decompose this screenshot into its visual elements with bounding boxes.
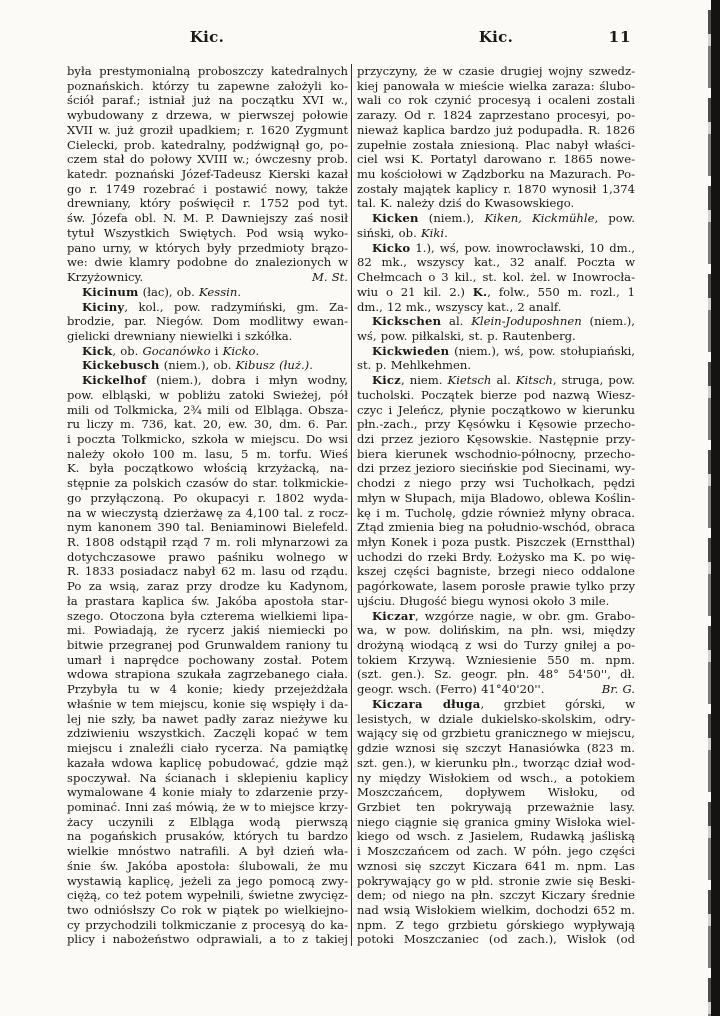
text-line: dzi przez jezioro siecińskie pod Siecina… bbox=[357, 461, 635, 476]
text-line: ciel wsi K. Portatyl darowano r. 1865 no… bbox=[357, 152, 635, 167]
line-text: Krzyżownicy. bbox=[67, 270, 143, 285]
text-line: pow. elbląski, w pobliżu zatoki Swieżej,… bbox=[67, 388, 348, 403]
text-line: św. Józefa obl. N. M. P. Dawniejszy zaś … bbox=[67, 211, 348, 226]
text-line: Kicken (niem.), Kiken, Kickmühle, pow. o… bbox=[357, 211, 635, 226]
running-title-right: Kic. bbox=[436, 28, 556, 46]
scan-edge-border bbox=[711, 0, 720, 1016]
text-line: uchodzi do rzeki Brdy. Łożysko ma K. po … bbox=[357, 550, 635, 565]
text-line: 82 mk., wszyscy kat., 32 analf. Poczta w bbox=[357, 255, 635, 270]
text-line: Chełmcach o 3 kil., st. kol. żel. w Inow… bbox=[357, 270, 635, 285]
text-line: wś, pow. piłkalski, st. p. Rautenberg. bbox=[357, 329, 635, 344]
text-line: bitwie przegranej pod Grunwaldem raniony… bbox=[67, 638, 348, 653]
text-line: mi. Powiadają, że rycerz jakiś niemiecki… bbox=[67, 623, 348, 638]
text-line: spoczywał. Na ścianach i sklepieniu kapl… bbox=[67, 771, 348, 786]
text-line: czem stał do połowy XVIII w.; ówczesny p… bbox=[67, 152, 348, 167]
text-line: żacy uczynili z Elbląga wodą pierwszą wy… bbox=[67, 815, 348, 830]
text-line: XVII w. już groził upadkiem; r. 1620 Zyg… bbox=[67, 123, 348, 138]
text-line: dzi przez jezioro Kęsowskie. Następnie p… bbox=[357, 432, 635, 447]
text-line: była prestymonialną proboszczy katedraln… bbox=[67, 64, 348, 79]
text-line: dem; od niego na płn. szczyt Kiczary śre… bbox=[357, 888, 635, 903]
text-line: potoki Moszczaniec (od zach.), Wisłok (o… bbox=[357, 932, 635, 947]
text-line: pagórkowate, lasem porosłe prawie tylko … bbox=[357, 579, 635, 594]
text-line: zarazy. Od r. 1824 zaprzestano procesyi,… bbox=[357, 108, 635, 123]
text-line: ru liczy m. 736, kat. 20, ew. 30, dm. 6.… bbox=[67, 417, 348, 432]
text-line: niego ciągnie się granica gminy Wisłoka … bbox=[357, 815, 635, 830]
text-line: R. 1833 posiadacz nabył 62 m. lasu od rz… bbox=[67, 564, 348, 579]
scanned-page: Kic. Kic. 11 była prestymonialną probosz… bbox=[0, 0, 720, 1016]
text-line: gdzie wznosi się szczyt Hanasiówka (823 … bbox=[357, 741, 635, 756]
text-line: kazała wdowa kaplicę pobudować, gdzie mą… bbox=[67, 756, 348, 771]
text-line: wali co rok czynić procesyą i ocaleni zo… bbox=[357, 93, 635, 108]
text-line: nym kanonem 390 tal. Beniaminowi Bielefe… bbox=[67, 520, 348, 535]
text-line: śnie św. Jakóba apostoła: ślubowali, że … bbox=[67, 859, 348, 874]
text-line: na pogańskich prusaków, których tu bardz… bbox=[67, 829, 348, 844]
text-line: wystawią kaplicę, jeżeli za jego pomocą … bbox=[67, 874, 348, 889]
text-line: młyn w Słupach, mija Bladowo, oblewa Koś… bbox=[357, 491, 635, 506]
text-line: pokrywający go w płd. stronie zwie się B… bbox=[357, 874, 635, 889]
text-line: ny między Wisłokiem od wsch., a potokiem bbox=[357, 771, 635, 786]
text-line: i Moszczańcem od zach. W półn. jego częś… bbox=[357, 844, 635, 859]
text-line: Moszczańcem, dopływem Wisłoku, od zachod… bbox=[357, 785, 635, 800]
text-line: Cielecki, prob. katedralny, podźwignął g… bbox=[67, 138, 348, 153]
right-column: przyczyny, że w czasie drugiej wojny szw… bbox=[357, 64, 635, 947]
text-line: czyc i Jeleńcz, płynie początkowo w kier… bbox=[357, 403, 635, 418]
text-line: dotychczasowe prawo paśniku wolnego w le… bbox=[67, 550, 348, 565]
text-line: kiej panowała w mieście wielka zaraza: ś… bbox=[357, 79, 635, 94]
text-line: st. p. Mehlkehmen. bbox=[357, 358, 635, 373]
text-line: płn.-zach., przy Kęsówku i Kęsowie przec… bbox=[357, 417, 635, 432]
text-line: i poczta Tolkmicko, szkoła w miejscu. Do… bbox=[67, 432, 348, 447]
text-line: drewniany, który poświęcił r. 1752 pod t… bbox=[67, 196, 348, 211]
running-title-left: Kic. bbox=[147, 28, 267, 46]
page-number: 11 bbox=[601, 28, 639, 46]
text-line: tal. K. należy dziś do Kwasowskiego. bbox=[357, 196, 635, 211]
text-line: młyn Konek i poza pustk. Piszczek (Ernst… bbox=[357, 535, 635, 550]
text-line: two odniósłszy Co rok w piątek po wielki… bbox=[67, 903, 348, 918]
text-line: Kicko 1.), wś, pow. inowrocławski, 10 dm… bbox=[357, 241, 635, 256]
text-line: Kiczara długa, grzbiet górski, w Karpata… bbox=[357, 697, 635, 712]
text-line: pano urny, w których były przedmioty brą… bbox=[67, 241, 348, 256]
text-line: wdowa strapiona szukała zagrzebanego cia… bbox=[67, 667, 348, 682]
left-column: była prestymonialną proboszczy katedraln… bbox=[67, 64, 348, 947]
text-line: pominać. Inni zaś mówią, że w to miejsce… bbox=[67, 800, 348, 815]
text-line: mu kościołowi w Ządzborku na Mazurach. P… bbox=[357, 167, 635, 182]
text-line: nieważ kaplica bardzo już podupadła. R. … bbox=[357, 123, 635, 138]
text-line: należy około 100 m. lasu, 5 m. torfu. Wi… bbox=[67, 447, 348, 462]
text-line: Kiczar, wzgórze nagie, w obr. gm. Grabo- bbox=[357, 609, 635, 624]
text-line: (szt. gen.). Sz. geogr. płn. 48° 54'50''… bbox=[357, 667, 635, 682]
text-line: katedr. poznański Józef-Tadeusz Kierski … bbox=[67, 167, 348, 182]
text-line: wiu o 21 kil. 2.) K., folw., 550 m. rozl… bbox=[357, 285, 635, 300]
text-line: Kiciny, kol., pow. radzymiński, gm. Za- bbox=[67, 300, 348, 315]
text-line: Kickelhof (niem.), dobra i młyn wodny, bbox=[67, 373, 348, 388]
text-line: szt. gen.), w kierunku płn., tworząc dzi… bbox=[357, 756, 635, 771]
text-line: tucholski. Początek bierze pod nazwą Wie… bbox=[357, 388, 635, 403]
text-line: Kickschen al. Klein-Joduposhnen (niem.), bbox=[357, 314, 635, 329]
text-line: K. była początkowo włością krzyżacką, na… bbox=[67, 461, 348, 476]
text-line: R. 1808 odstąpił rząd 7 m. roli młynarzo… bbox=[67, 535, 348, 550]
text-line: npm. Z tego grzbietu górskiego wypływają bbox=[357, 918, 635, 933]
text-line: drożyną wiodącą z wsi do Turzy gniłej a … bbox=[357, 638, 635, 653]
text-line: przyczyny, że w czasie drugiej wojny szw… bbox=[357, 64, 635, 79]
signature: M. St. bbox=[312, 270, 348, 285]
text-line: wający się od grzbietu granicznego w mie… bbox=[357, 726, 635, 741]
text-line: we: dwie klamry podobne do znalezionych … bbox=[67, 255, 348, 270]
text-line: zdziwieniu wszystkich. Zaczęli kopać w t… bbox=[67, 726, 348, 741]
text-line: ciężą, co też potem wypełnili, świetne z… bbox=[67, 888, 348, 903]
text-line: ściół paraf.; istniał już na początku XV… bbox=[67, 93, 348, 108]
text-line: tokiem Krzywą. Wzniesienie 550 m. npm. bbox=[357, 653, 635, 668]
text-line: wybudowany z drzewa, w pierwszej połowie bbox=[67, 108, 348, 123]
text-line: wznosi się szczyt Kiczara 641 m. npm. La… bbox=[357, 859, 635, 874]
text-line: Kickwieden (niem.), wś, pow. stołupiańsk… bbox=[357, 344, 635, 359]
text-line: ujściu. Długość biegu wynosi około 3 mil… bbox=[357, 594, 635, 609]
text-line: Kicinum (łac), ob. Kessin. bbox=[67, 285, 348, 300]
text-line: zupełnie została zniesioną. Plac nabył w… bbox=[357, 138, 635, 153]
column-divider-rule bbox=[351, 64, 352, 946]
text-line: zostały majątek kaplicy r. 1870 wynosił … bbox=[357, 182, 635, 197]
text-line: Kick, ob. Gocanówko i Kicko. bbox=[67, 344, 348, 359]
text-line: siński, ob. Kiki. bbox=[357, 226, 635, 241]
text-line: gielicki drewniany niewielki i szkółka. bbox=[67, 329, 348, 344]
text-line: go przyłączoną. Po okupacyi r. 1802 wyda… bbox=[67, 491, 348, 506]
text-line: stępnie za polskich czasów do star. tolk… bbox=[67, 476, 348, 491]
text-line: kszej części bagniste, brzegi nieco odda… bbox=[357, 564, 635, 579]
text-line: wymalowane 4 konie miały to zdarzenie pr… bbox=[67, 785, 348, 800]
text-line: lesistych, w dziale dukielsko-skolskim, … bbox=[357, 712, 635, 727]
text-line: wielkie mnóstwo natrafili. A był dzień w… bbox=[67, 844, 348, 859]
text-line: wa, w pow. dolińskim, na płn. wsi, międz… bbox=[357, 623, 635, 638]
text-line: geogr. wsch. (Ferro) 41°40'20''.Br. G. bbox=[357, 682, 635, 697]
text-line: kiego od wsch. z Jasielem, Rudawką jaśli… bbox=[357, 829, 635, 844]
text-line: chodzi z niego przy wsi Tuchołkach, pędz… bbox=[357, 476, 635, 491]
text-line: Krzyżownicy.M. St. bbox=[67, 270, 348, 285]
text-line: poznańskich. którzy tu zapewne założyli … bbox=[67, 79, 348, 94]
text-line: mili od Tolkmicka, 2¾ mili od Elbląga. O… bbox=[67, 403, 348, 418]
text-line: Kicz, niem. Kietsch al. Kitsch, struga, … bbox=[357, 373, 635, 388]
text-line: plicy i nabożeństwo odprawiali, a to z t… bbox=[67, 932, 348, 947]
text-line: brodzie, par. Niegów. Dom modlitwy ewan- bbox=[67, 314, 348, 329]
text-line: miejscu i znaleźli ciało rycerza. Na pam… bbox=[67, 741, 348, 756]
text-line: go r. 1749 rozebrać i postawić nowy, tak… bbox=[67, 182, 348, 197]
text-line: właśnie w tem miejscu, konie się wspięły… bbox=[67, 697, 348, 712]
text-line: Przybyła tu w 4 konie; kiedy przejeżdżał… bbox=[67, 682, 348, 697]
text-line: dm., 12 mk., wszyscy kat., 2 analf. bbox=[357, 300, 635, 315]
text-line: Grzbiet ten pokrywają przeważnie lasy. W… bbox=[357, 800, 635, 815]
text-line: Kickebusch (niem.), ob. Kibusz (łuż.). bbox=[67, 358, 348, 373]
text-line: lej nie szły, ba nawet padły zaraz nieży… bbox=[67, 712, 348, 727]
text-line: biera kierunek wschodnio-północny, przec… bbox=[357, 447, 635, 462]
text-line: na w wieczystą dzierżawę za 4,100 tal. z… bbox=[67, 506, 348, 521]
text-line: umarł i naprędce pochowany został. Potem bbox=[67, 653, 348, 668]
text-line: kę i m. Tucholę, gdzie również młyny obr… bbox=[357, 506, 635, 521]
text-line: tytuł Wszystkich Swiętych. Pod wsią wyko… bbox=[67, 226, 348, 241]
text-line: nad wsią Wisłokiem wielkim, dochodzi 652… bbox=[357, 903, 635, 918]
text-line: Po za wsią, zaraz przy drodze ku Kadynom… bbox=[67, 579, 348, 594]
signature: Br. G. bbox=[602, 682, 635, 697]
text-line: cy przychodzili tolkmiczanie z procesyą … bbox=[67, 918, 348, 933]
text-line: szego. Otoczona była czterema wielkiemi … bbox=[67, 609, 348, 624]
text-line: Ztąd zmienia bieg na południo-wschód, ob… bbox=[357, 520, 635, 535]
text-line: ła prastara kaplica św. Jakóba apostoła … bbox=[67, 594, 348, 609]
line-text: geogr. wsch. (Ferro) 41°40'20''. bbox=[357, 682, 544, 697]
